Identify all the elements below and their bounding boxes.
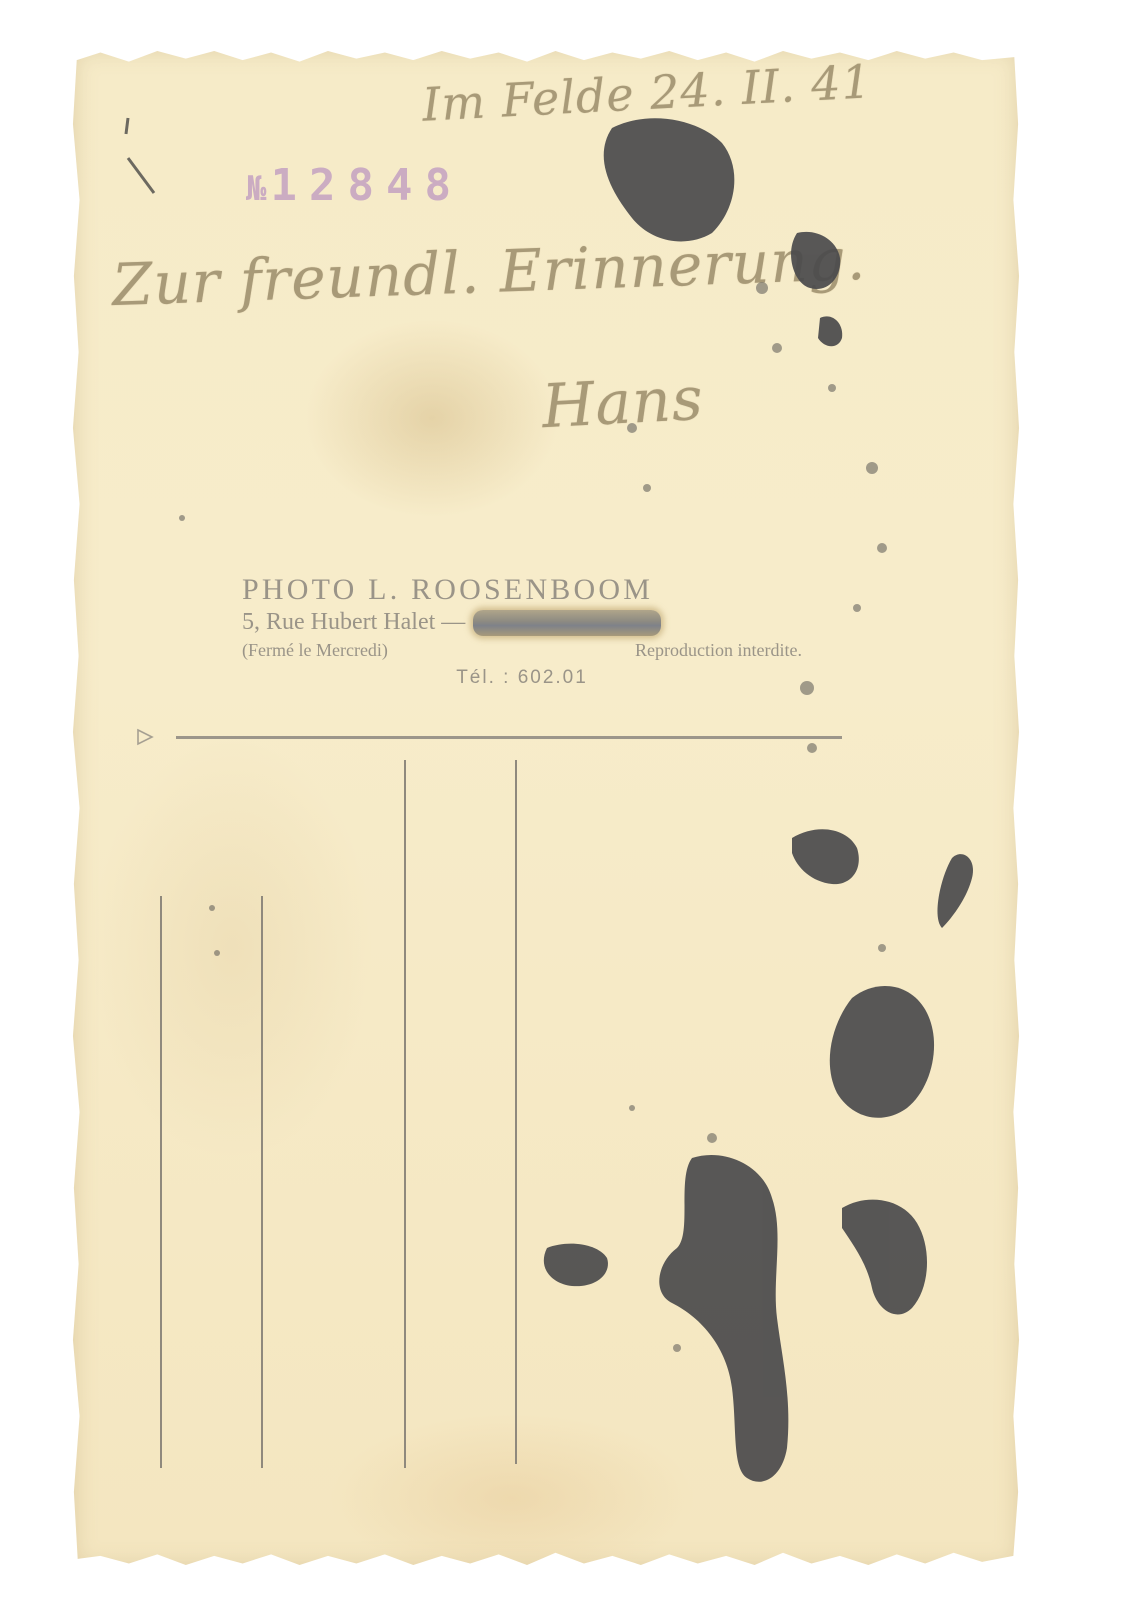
redacted-city-mark [473,610,661,636]
reproduction-notice: Reproduction interdite. [635,640,802,661]
serial-number-stamp: №12848 [246,160,463,211]
address-text: 5, Rue Hubert Halet — [242,609,465,635]
vertical-rule-2 [261,896,263,1468]
imprint-notes-row: (Fermé le Mercredi) Reproduction interdi… [242,640,802,661]
horizontal-rule [176,736,842,739]
triangle-outline-icon [136,728,154,746]
studio-name: PHOTO L. ROOSENBOOM [242,573,802,607]
closed-day-note: (Fermé le Mercredi) [242,640,388,661]
vertical-rule-4 [515,760,517,1464]
handwritten-date-line: Im Felde 24. II. 41 [421,54,873,131]
vertical-rule-1 [160,896,162,1468]
handwritten-signature: Hans [540,364,705,442]
stamp-prefix: № [246,169,270,209]
studio-telephone: Tél. : 602.01 [242,667,802,689]
studio-imprint: PHOTO L. ROOSENBOOM 5, Rue Hubert Halet … [242,573,802,689]
photo-card-back: Im Felde 24. II. 41 №12848 Zur freundl. … [72,48,1020,1568]
vertical-rule-3 [404,760,406,1468]
studio-address: 5, Rue Hubert Halet — [242,609,802,636]
handwritten-dedication: Zur freundl. Erinnerung. [111,225,867,319]
stamp-number: 12848 [270,160,462,211]
